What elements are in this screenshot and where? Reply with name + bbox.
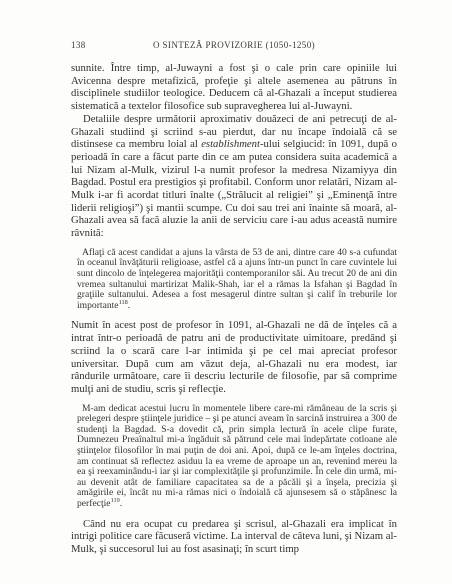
blockquote-1-period: . [128,300,130,311]
chapter-title: O SINTEZĂ PROVIZORIE (1050-1250) [71,40,397,50]
paragraph-2: Detaliile despre următorii aproximativ d… [71,113,397,240]
page-number: 138 [71,40,86,50]
paragraph-4: Când nu era ocupat cu predarea şi scrisu… [71,518,397,556]
book-page: 138 O SINTEZĂ PROVIZORIE (1050-1250) sun… [0,0,452,584]
paragraph-2-italic-term: establishment [201,138,260,150]
blockquote-2: M-am dedicat acestui lucru în momentele … [77,404,397,510]
page-body: sunnite. Între timp, al-Juwayni a fost ş… [71,62,397,556]
paragraph-1: sunnite. Între timp, al-Juwayni a fost ş… [71,62,397,113]
paragraph-3: Numit în acest post de profesor în 1091,… [71,319,397,395]
footnote-ref-119: 119 [111,497,120,504]
paragraph-2-text-b: -ului selgiucid: în 1091, după o perioad… [71,138,397,239]
footnote-ref-118: 118 [119,299,128,306]
blockquote-1: Aflaţi că acest candidat a ajuns la vârs… [77,248,397,312]
blockquote-2-text: M-am dedicat acestui lucru în momentele … [77,403,397,509]
running-header: 138 O SINTEZĂ PROVIZORIE (1050-1250) [71,40,397,51]
blockquote-2-period: . [120,498,122,509]
